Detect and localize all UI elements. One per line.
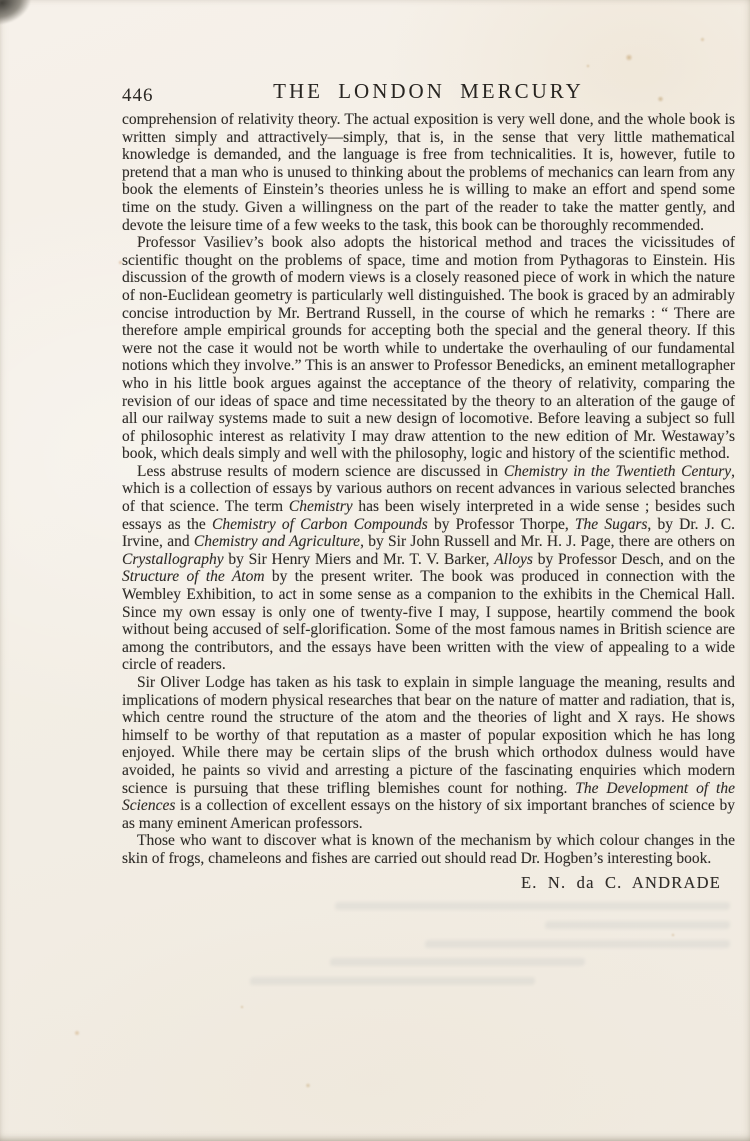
show-through-ghost — [425, 940, 731, 948]
foxing-spot — [671, 933, 675, 937]
foxing-spot — [625, 54, 633, 61]
paragraph: Less abstruse results of modern science … — [122, 463, 735, 674]
article-body: comprehension of relativity theory. The … — [122, 111, 735, 893]
foxing-spot — [586, 64, 590, 68]
author-signature: E. N. da C. ANDRADE — [122, 868, 735, 893]
foxing-spot — [74, 1030, 80, 1036]
paragraph: Sir Oliver Lodge has taken as his task t… — [122, 674, 735, 832]
journal-title: THE LONDON MERCURY — [122, 79, 735, 104]
foxing-spot — [240, 1005, 244, 1009]
show-through-ghost — [330, 958, 586, 966]
scan-artifact-corner — [0, 0, 37, 27]
paragraph: Professor Vasiliev’s book also adopts th… — [122, 234, 735, 463]
paragraph: Those who want to discover what is known… — [122, 832, 735, 867]
foxing-spot — [700, 37, 705, 42]
running-head: 446 THE LONDON MERCURY — [122, 79, 735, 107]
show-through-ghost — [545, 921, 731, 929]
page-number: 446 — [122, 85, 154, 107]
scanned-page: 446 THE LONDON MERCURY comprehension of … — [0, 0, 750, 1141]
show-through-ghost — [250, 977, 536, 985]
foxing-spot — [305, 1083, 311, 1088]
paragraph: comprehension of relativity theory. The … — [122, 111, 735, 234]
show-through-ghost — [335, 902, 731, 910]
